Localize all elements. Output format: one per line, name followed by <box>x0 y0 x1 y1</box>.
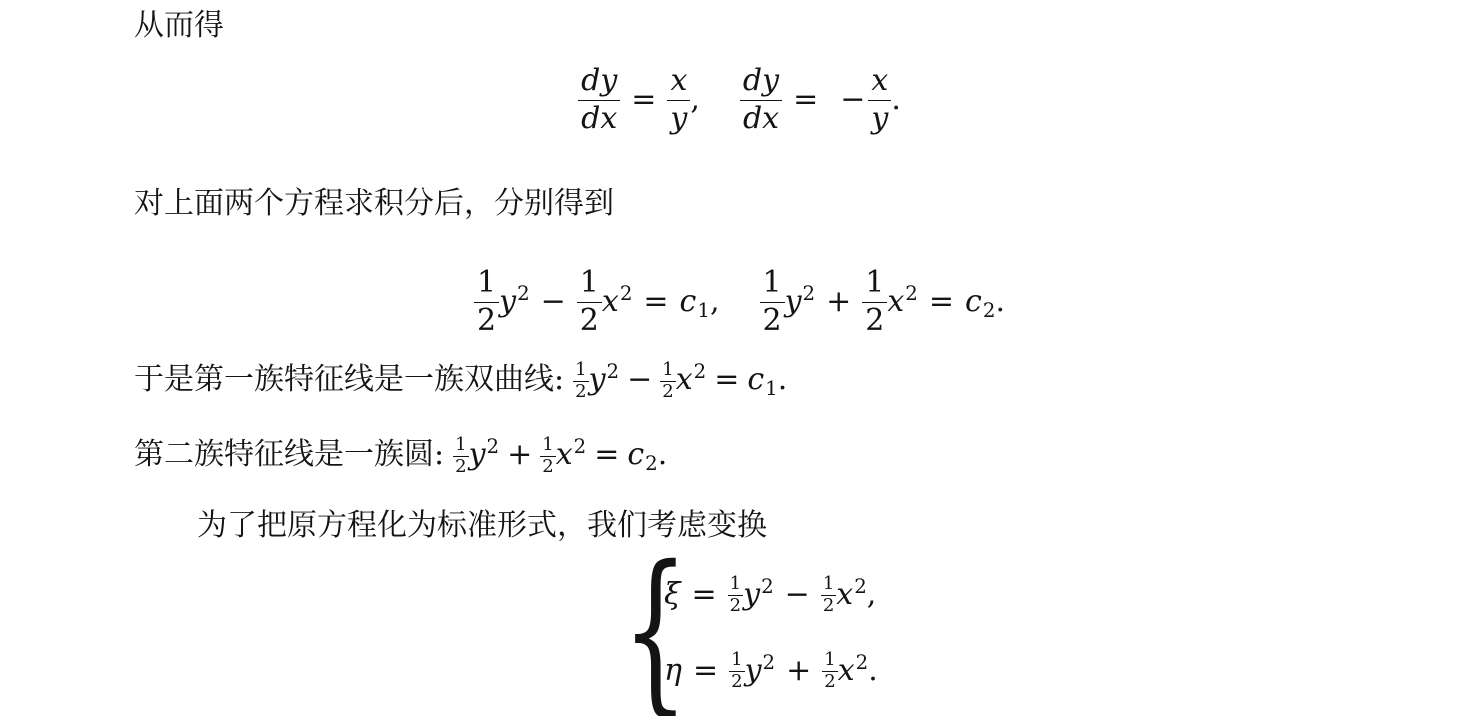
operator: = <box>714 362 739 397</box>
fraction: 12 <box>577 266 602 337</box>
math-variable: y <box>785 284 802 319</box>
superscript: 2 <box>763 651 776 674</box>
fraction-numerator: 1 <box>660 360 675 382</box>
system-row-xi: ξ=12y2−12x2, <box>664 574 878 616</box>
variable-c: c1 <box>747 362 777 397</box>
punctuation: , <box>710 287 720 317</box>
fraction-numerator: dy <box>740 64 782 101</box>
fraction-numerator: 1 <box>474 266 499 303</box>
math-variable: x <box>871 63 888 98</box>
operator: = <box>594 437 619 472</box>
superscript: 2 <box>487 435 500 458</box>
operator: − <box>840 85 865 115</box>
fraction: 12 <box>760 266 785 337</box>
fraction-denominator: 2 <box>577 303 602 338</box>
punctuation: , <box>690 85 700 115</box>
operator: = <box>643 287 668 317</box>
math-variable: y <box>670 101 687 136</box>
fraction-denominator: 2 <box>474 303 499 338</box>
variable-c: c2 <box>627 437 657 472</box>
variable-y: y2 <box>589 362 620 397</box>
variable-x: x2 <box>556 437 587 472</box>
superscript: 2 <box>574 435 587 458</box>
punctuation: . <box>891 85 901 115</box>
fraction-numerator: 1 <box>822 650 837 672</box>
fraction-numerator: 1 <box>540 435 555 457</box>
math-variable: x <box>838 653 855 688</box>
left-brace: { <box>622 544 689 716</box>
fraction-denominator: 2 <box>729 672 744 692</box>
fraction-numerator: 1 <box>729 650 744 672</box>
operator: = <box>692 580 717 610</box>
variable-x: x2 <box>836 580 867 610</box>
variable-y: y2 <box>743 580 774 610</box>
display-formula-characteristic-odes: dydx=xy,dydx=−xy. <box>0 64 1479 136</box>
math-variable: y <box>871 101 888 136</box>
fraction: xy <box>868 64 891 135</box>
fraction: 12 <box>573 360 588 402</box>
variable-c: c1 <box>680 287 710 317</box>
math-variable: d <box>743 101 762 136</box>
fraction: 12 <box>660 360 675 402</box>
punctuation: . <box>778 362 788 397</box>
fraction-numerator: 1 <box>760 266 785 303</box>
superscript: 2 <box>607 360 620 383</box>
operator: + <box>826 287 851 317</box>
document-page: 从而得 dydx=xy,dydx=−xy. 对上面两个方程求积分后，分别得到 1… <box>0 0 1479 716</box>
fraction: dydx <box>578 64 620 135</box>
math-variable: d <box>743 63 762 98</box>
math-variable: x <box>600 101 617 136</box>
math-variable: c <box>680 284 697 319</box>
math-variable: x <box>670 63 687 98</box>
math-variable: x <box>887 284 904 319</box>
fraction-numerator: 1 <box>577 266 602 303</box>
fraction: 12 <box>728 574 743 616</box>
variable-x: x2 <box>838 656 869 686</box>
fraction: dydx <box>740 64 782 135</box>
fraction-numerator: 1 <box>453 435 468 457</box>
superscript: 2 <box>854 575 867 598</box>
fraction-numerator: x <box>868 64 891 101</box>
superscript: 2 <box>803 282 816 305</box>
operator: = <box>693 656 718 686</box>
fraction: 12 <box>474 266 499 337</box>
math-variable: y <box>762 63 779 98</box>
fraction-denominator: 2 <box>660 382 675 402</box>
superscript: 2 <box>905 282 918 305</box>
fraction: 12 <box>862 266 887 337</box>
math-variable: d <box>581 63 600 98</box>
superscript: 2 <box>856 651 869 674</box>
superscript: 2 <box>620 282 633 305</box>
fraction-numerator: 1 <box>573 360 588 382</box>
math-variable: c <box>627 437 644 472</box>
fraction: 12 <box>821 574 836 616</box>
superscript: 2 <box>761 575 774 598</box>
subscript: 2 <box>645 452 658 475</box>
equation-system-transformation: { ξ=12y2−12x2, η=12y2+12x2. <box>622 552 878 714</box>
operator: = <box>793 85 818 115</box>
fraction-denominator: 2 <box>821 596 836 616</box>
math-variable: d <box>581 101 600 136</box>
math-variable: x <box>556 437 573 472</box>
fraction-denominator: dx <box>578 101 620 136</box>
fraction-numerator: x <box>667 64 690 101</box>
fraction-denominator: 2 <box>862 303 887 338</box>
fraction-denominator: 2 <box>760 303 785 338</box>
fraction-denominator: 2 <box>728 596 743 616</box>
operator: − <box>541 287 566 317</box>
second-family-text: 第二族特征线是一族圆: <box>134 437 444 472</box>
fraction-denominator: 2 <box>573 382 588 402</box>
fraction: xy <box>667 64 690 135</box>
inline-formula-circle: 12y2+12x2=c2. <box>453 437 667 472</box>
first-family-text: 于是第一族特征线是一族双曲线: <box>134 362 564 397</box>
fraction-denominator: 2 <box>453 457 468 477</box>
variable-y: y2 <box>785 287 816 317</box>
paragraph-integrate-both-equations: 对上面两个方程求积分后，分别得到 <box>134 184 614 225</box>
inline-formula-hyperbola: 12y2−12x2=c1. <box>573 362 787 397</box>
variable-x: x2 <box>602 287 633 317</box>
variable-y: y2 <box>499 287 530 317</box>
math-variable: x <box>602 284 619 319</box>
paragraph-first-family-hyperbolas: 于是第一族特征线是一族双曲线:12y2−12x2=c1. <box>134 360 787 402</box>
superscript: 2 <box>694 360 707 383</box>
subscript: 1 <box>765 377 778 400</box>
fraction-numerator: 1 <box>728 574 743 596</box>
fraction-numerator: 1 <box>821 574 836 596</box>
operator: = <box>631 85 656 115</box>
math-variable: x <box>676 362 693 397</box>
fraction: 12 <box>822 650 837 692</box>
subscript: 1 <box>697 299 710 322</box>
math-variable: x <box>762 101 779 136</box>
fraction-numerator: 1 <box>862 266 887 303</box>
superscript: 2 <box>517 282 530 305</box>
paragraph-thus-we-get: 从而得 <box>134 6 224 47</box>
subscript: 2 <box>983 299 996 322</box>
variable-c: c2 <box>965 287 995 317</box>
fraction-denominator: 2 <box>540 457 555 477</box>
punctuation: . <box>658 437 668 472</box>
fraction-denominator: dx <box>740 101 782 136</box>
math-variable: y <box>499 284 516 319</box>
punctuation: . <box>868 656 878 686</box>
system-rows: ξ=12y2−12x2, η=12y2+12x2. <box>664 574 878 691</box>
math-variable: c <box>965 284 982 319</box>
fraction: 12 <box>729 650 744 692</box>
fraction-denominator: 2 <box>822 672 837 692</box>
operator: − <box>785 580 810 610</box>
operator: + <box>507 437 532 472</box>
math-variable: y <box>600 63 617 98</box>
fraction: 12 <box>540 435 555 477</box>
math-variable: y <box>469 437 486 472</box>
math-variable: y <box>589 362 606 397</box>
operator: = <box>929 287 954 317</box>
fraction-denominator: y <box>868 101 891 136</box>
operator: − <box>627 362 652 397</box>
fraction-denominator: y <box>667 101 690 136</box>
fraction: 12 <box>453 435 468 477</box>
variable-x: x2 <box>676 362 707 397</box>
variable-x: x2 <box>887 287 918 317</box>
paragraph-second-family-circles: 第二族特征线是一族圆:12y2+12x2=c2. <box>134 435 667 477</box>
display-formula-integrated-results: 12y2−12x2=c1,12y2+12x2=c2. <box>0 264 1479 340</box>
fraction-numerator: dy <box>578 64 620 101</box>
variable-y: y2 <box>469 437 500 472</box>
math-variable: y <box>743 577 760 612</box>
punctuation: . <box>995 287 1005 317</box>
math-variable: c <box>747 362 764 397</box>
system-row-eta: η=12y2+12x2. <box>664 650 878 692</box>
math-variable: y <box>745 653 762 688</box>
operator: + <box>786 656 811 686</box>
punctuation: , <box>867 580 877 610</box>
math-variable: x <box>836 577 853 612</box>
variable-y: y2 <box>745 656 776 686</box>
